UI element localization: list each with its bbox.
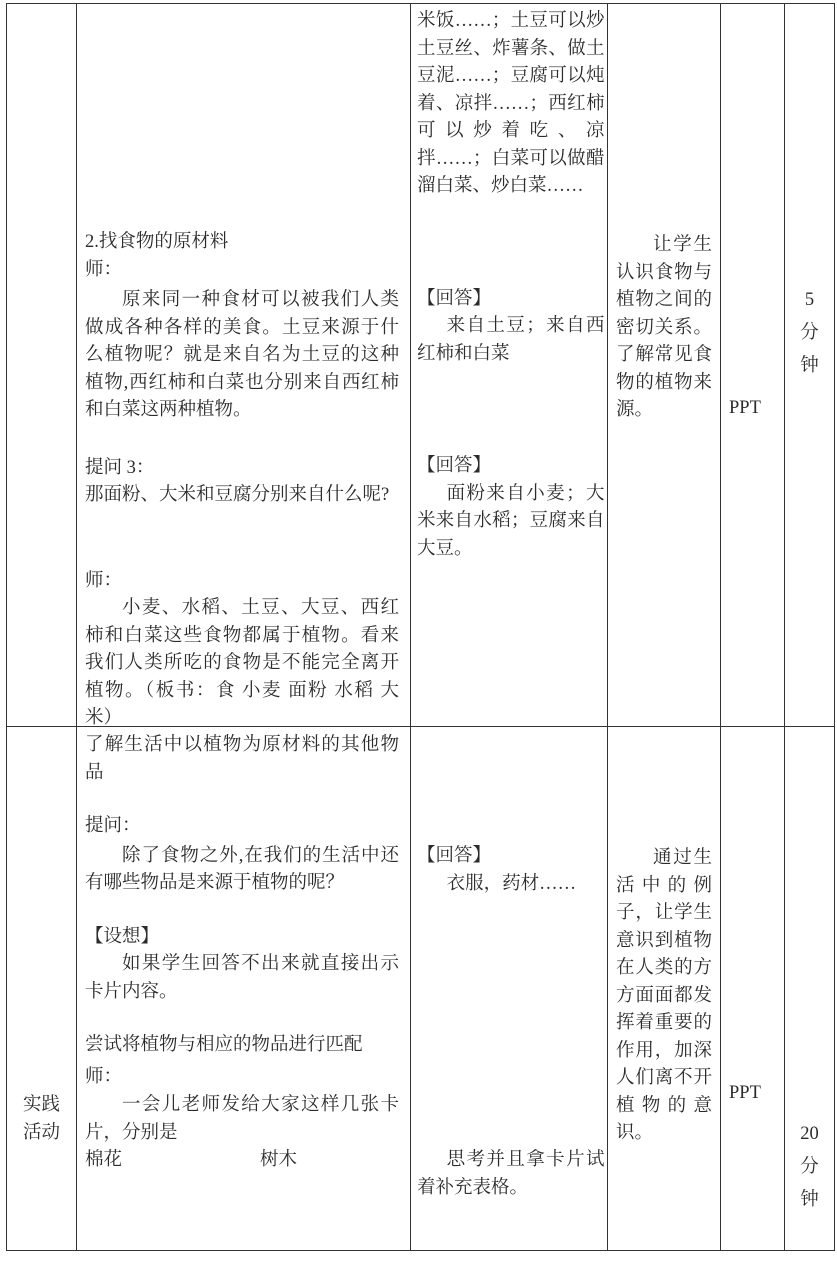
teacher-paragraph: 原来同一种食材可以被我们人类做成各种各样的美食。土豆来源于什么植物呢？就是来自名… [85, 287, 399, 425]
teacher-script-cell-row1: 2.找食物的原材料 师： 原来同一种食材可以被我们人类做成各种各样的美食。土豆来… [77, 4, 411, 727]
time-label: 5分钟 [797, 284, 822, 383]
teacher-paragraph: 一会儿老师发给大家这样几张卡片，分别是 [85, 1092, 399, 1147]
media-cell-row2: PPT [721, 727, 785, 1250]
question-label: 提问： [85, 813, 399, 841]
answer-text: 衣服，药材…… [417, 871, 605, 899]
task-text: 尝试将植物与相应的物品进行匹配 [85, 1032, 399, 1060]
teacher-paragraph: 小麦、水稻、土豆、大豆、西红柿和白菜这些食物都属于植物。看来我们人类所吃的食物是… [85, 595, 399, 727]
answer-label: 【回答】 [417, 843, 605, 871]
time-cell-row2: 20分钟 [785, 727, 834, 1250]
question-label: 提问 3： [85, 455, 399, 483]
question-text: 除了食物之外,在我们的生活中还有哪些物品是来源于植物的呢？ [85, 843, 399, 898]
stage-cell-row1 [7, 4, 77, 727]
media-label: PPT [729, 395, 784, 423]
design-intent-cell-row2: 通过生活中的例子，让学生意识到植物在人类的方方面面都发挥着重要的作用，加深人们离… [608, 727, 721, 1250]
student-activity-text: 思考并且拿卡片试着补充表格。 [417, 1147, 605, 1202]
idea-label: 【设想】 [85, 924, 399, 952]
idea-text: 如果学生回答不出来就直接出示卡片内容。 [85, 951, 399, 1006]
card-row: 棉花树木 [85, 1147, 399, 1175]
answer-label: 【回答】 [417, 286, 605, 314]
teacher-script-cell-row2: 了解生活中以植物为原材料的其他物品 提问： 除了食物之外,在我们的生活中还有哪些… [77, 727, 411, 1250]
media-label: PPT [729, 1080, 784, 1108]
question-text: 那面粉、大米和豆腐分别来自什么呢? [85, 482, 399, 510]
student-activity-cell-row1: 米饭……；土豆可以炒土豆丝、炸薯条、做土豆泥……；豆腐可以炖着、凉拌……；西红柿… [411, 4, 608, 727]
design-intent-text: 让学生认识食物与植物之间的密切关系。了解常见食物的植物来源。 [616, 232, 712, 425]
answer-text: 来自土豆；来自西红柿和白菜 [417, 313, 605, 368]
stage-label: 实践活动 [22, 1092, 61, 1147]
teacher-label: 师： [85, 257, 399, 285]
teacher-label: 师： [85, 1064, 399, 1092]
design-intent-cell-row1: 让学生认识食物与植物之间的密切关系。了解常见食物的植物来源。 [608, 4, 721, 727]
card-label: 树木 [260, 1147, 297, 1175]
section-heading: 2.找食物的原材料 [85, 229, 399, 257]
student-activity-cell-row2: 【回答】 衣服，药材…… 思考并且拿卡片试着补充表格。 [411, 727, 608, 1250]
lesson-plan-table: 2.找食物的原材料 师： 原来同一种食材可以被我们人类做成各种各样的美食。土豆来… [6, 3, 835, 1251]
answer-text: 面粉来自小麦；大米来自水稻；豆腐来自大豆。 [417, 481, 605, 564]
stage-cell-row2: 实践活动 [7, 727, 77, 1250]
time-label: 20分钟 [797, 1118, 822, 1217]
teacher-label: 师： [85, 568, 399, 596]
student-carryover-text: 米饭……；土豆可以炒土豆丝、炸薯条、做土豆泥……；豆腐可以炖着、凉拌……；西红柿… [417, 8, 605, 201]
section-heading: 了解生活中以植物为原材料的其他物品 [85, 732, 399, 787]
answer-label: 【回答】 [417, 453, 605, 481]
time-cell-row1: 5分钟 [785, 4, 834, 727]
media-cell-row1: PPT [721, 4, 785, 727]
design-intent-text: 通过生活中的例子，让学生意识到植物在人类的方方面面都发挥着重要的作用，加深人们离… [616, 845, 712, 1148]
card-label: 棉花 [85, 1147, 122, 1175]
